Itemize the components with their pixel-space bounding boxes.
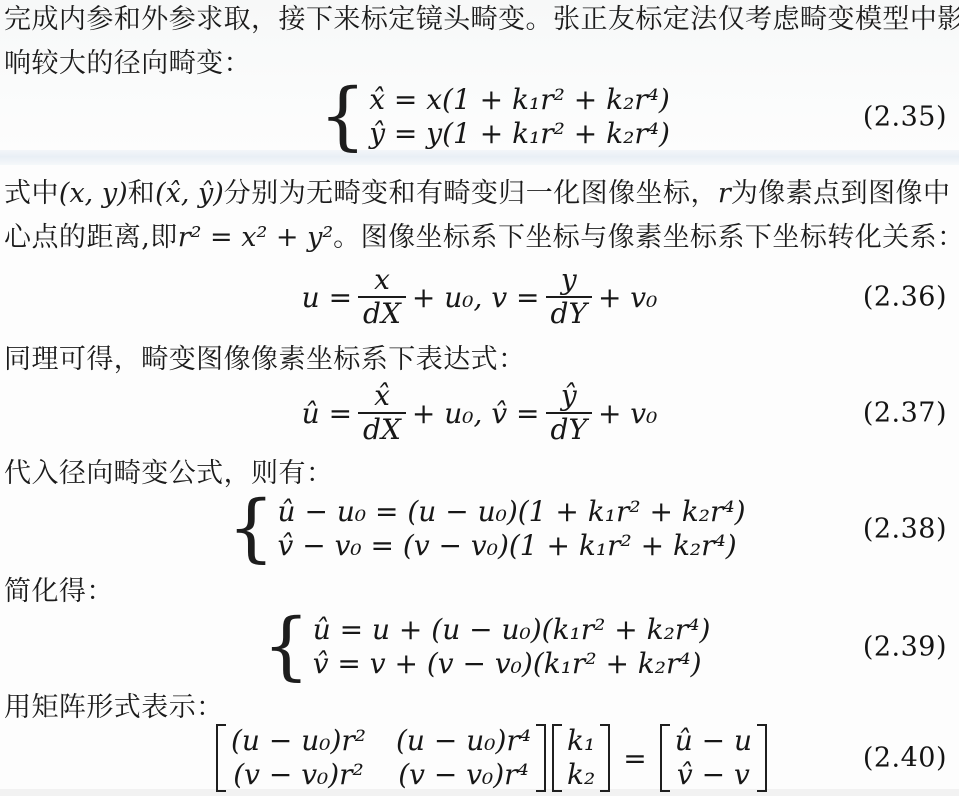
equation-number-2.39: (2.39) [863, 632, 947, 663]
matrix-cell-22: (v − v₀)r⁴ [398, 758, 529, 792]
inline-math-xhat-yhat: (x̂, ŷ) [155, 178, 224, 209]
denominator: dX [358, 296, 406, 330]
equation-2.38-line-2: v̂ − v₀ = (v − v₀)(1 + k₁r² + k₂r⁴) [278, 529, 746, 563]
horizontal-tint-band [0, 150, 959, 165]
left-bracket [216, 724, 226, 792]
equation-2.36-tail: + v₀ [598, 281, 657, 314]
equation-2.35: { x̂ = x(1 + k₁r² + k₂r⁴) ŷ = y(1 + k₁r²… [0, 82, 959, 152]
fraction-y-dY: y dY [546, 264, 592, 330]
inline-math-r-squared: r² = x² + y² [178, 222, 333, 253]
left-bracket [552, 724, 562, 792]
numerator: y [556, 264, 582, 296]
paragraph-2-line-1: 式中(x, y)和(x̂, ŷ)分别为无畸变和有畸变归一化图像坐标，r为像素点到… [4, 177, 950, 211]
paragraph-1-line-2: 响较大的径向畸变： [4, 47, 251, 81]
matrix-cell-12: (u − u₀)r⁴ [396, 724, 531, 758]
vector-cell-uhat-u: û − u [675, 724, 752, 758]
inline-math-r: r [718, 178, 731, 209]
equation-2.37-lead: û = [302, 397, 352, 430]
paragraph-5: 简化得： [4, 575, 114, 609]
equation-2.37: û = x̂ dX + u₀, v̂ = ŷ dY + v₀ (2.37) [0, 374, 959, 452]
matrix-cell-11: (u − u₀)r² [231, 724, 366, 758]
right-bracket [600, 724, 610, 792]
text-segment: 为像素点到图像中 [731, 178, 951, 209]
numerator: x [369, 264, 395, 296]
right-bracket [536, 724, 546, 792]
equation-2.37-tail: + v₀ [598, 397, 657, 430]
paragraph-6: 用矩阵形式表示： [4, 691, 224, 725]
fraction-yhat-dY: ŷ dY [546, 380, 592, 446]
thesis-page: 完成内参和外参求取，接下来标定镜头畸变。张正友标定法仅考虑畸变模型中影 响较大的… [0, 0, 959, 796]
denominator: dY [546, 412, 592, 446]
paragraph-1-line-1: 完成内参和外参求取，接下来标定镜头畸变。张正友标定法仅考虑畸变模型中影 [4, 3, 959, 37]
fraction-x-dX: x dX [358, 264, 406, 330]
left-brace: { [263, 612, 310, 680]
denominator: dY [546, 296, 592, 330]
numerator: x̂ [369, 380, 395, 412]
right-bracket [757, 724, 767, 792]
equation-2.36-lead: u = [302, 281, 352, 314]
equation-2.37-middle: + u₀, v̂ = [412, 397, 540, 430]
inline-math-xy: (x, y) [59, 178, 128, 209]
equation-number-2.35: (2.35) [863, 102, 947, 133]
denominator: dX [358, 412, 406, 446]
fraction-xhat-dX: x̂ dX [358, 380, 406, 446]
equation-2.36-middle: + u₀, v = [412, 281, 540, 314]
equation-2.40: (u − u₀)r² (u − u₀)r⁴ (v − v₀)r² (v − v₀… [0, 722, 959, 794]
equation-number-2.40: (2.40) [863, 743, 947, 774]
equation-number-2.36: (2.36) [863, 282, 947, 313]
left-brace: { [227, 494, 274, 562]
equals-sign: = [623, 742, 646, 775]
equation-2.35-line-2: ŷ = y(1 + k₁r² + k₂r⁴) [369, 117, 670, 151]
vector-cell-k2: k₂ [567, 758, 595, 792]
text-segment: 分别为无畸变和有畸变归一化图像坐标， [224, 178, 718, 209]
left-brace: { [319, 82, 366, 150]
equation-2.38: { û − u₀ = (u − u₀)(1 + k₁r² + k₂r⁴) v̂ … [0, 492, 959, 566]
equation-number-2.37: (2.37) [863, 398, 947, 429]
result-vector: û − u v̂ − v [660, 724, 767, 792]
equation-2.38-line-1: û − u₀ = (u − u₀)(1 + k₁r² + k₂r⁴) [278, 495, 746, 529]
k-vector: k₁ k₂ [552, 724, 610, 792]
text-segment: 心点的距离,即 [4, 222, 178, 253]
equation-2.39-line-1: û = u + (u − u₀)(k₁r² + k₂r⁴) [313, 613, 711, 647]
vector-cell-k1: k₁ [567, 724, 595, 758]
text-segment: 。图像坐标系下坐标与像素坐标系下坐标转化关系： [333, 222, 959, 253]
equation-2.35-line-1: x̂ = x(1 + k₁r² + k₂r⁴) [369, 83, 670, 117]
equation-number-2.38: (2.38) [863, 514, 947, 545]
matrix-cell-21: (v − v₀)r² [233, 758, 364, 792]
numerator: ŷ [556, 380, 582, 412]
equation-2.36: u = x dX + u₀, v = y dY + v₀ (2.36) [0, 260, 959, 334]
paragraph-4: 代入径向畸变公式，则有： [4, 457, 333, 491]
equation-2.39: { û = u + (u − u₀)(k₁r² + k₂r⁴) v̂ = v +… [0, 610, 959, 684]
left-bracket [660, 724, 670, 792]
text-segment: 和 [128, 178, 155, 209]
vector-cell-vhat-v: v̂ − v [677, 758, 750, 792]
equation-2.39-line-2: v̂ = v + (v − v₀)(k₁r² + k₂r⁴) [313, 647, 711, 681]
text-segment: 式中 [4, 178, 59, 209]
paragraph-3: 同理可得，畸变图像像素坐标系下表达式： [4, 343, 526, 377]
coefficient-matrix: (u − u₀)r² (u − u₀)r⁴ (v − v₀)r² (v − v₀… [216, 724, 546, 792]
paragraph-2-line-2: 心点的距离,即r² = x² + y²。图像坐标系下坐标与像素坐标系下坐标转化关… [4, 221, 959, 255]
